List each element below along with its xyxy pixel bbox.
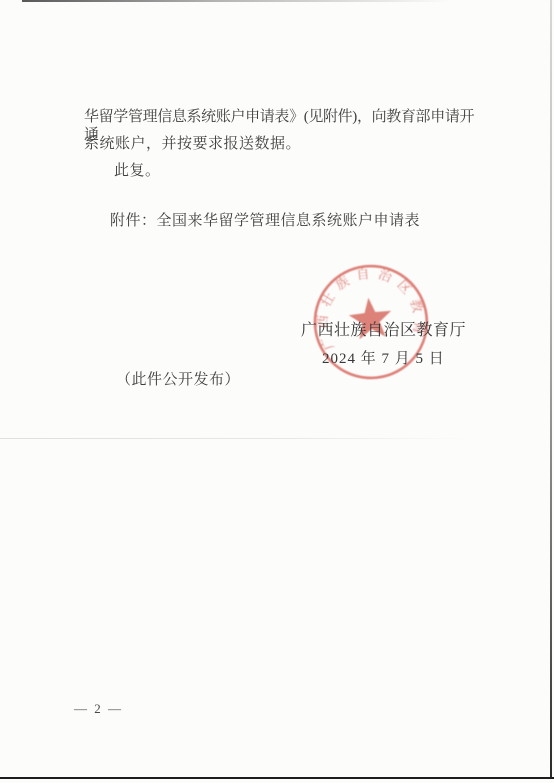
public-release-note: （此件公开发布）: [116, 371, 240, 389]
body-line-closing: 此复。: [114, 162, 161, 180]
attachment-line: 附件：全国来华留学管理信息系统账户申请表: [110, 212, 420, 230]
body-line: 系统账户，并按要求报送数据。: [84, 135, 301, 153]
scan-artifact-bottom-line: [0, 777, 554, 779]
issuer-signature: 广西壮族自治区教育厅: [301, 322, 466, 340]
issue-date: 2024 年 7 月 5 日: [322, 350, 445, 368]
scan-artifact-top-line: [22, 0, 452, 2]
scan-artifact-right-line: [550, 0, 552, 779]
page-number: — 2 —: [74, 700, 123, 718]
scan-artifact-fold-line: [0, 438, 470, 439]
scanned-letter-page: 广西壮族自治区教育厅 华留学管理信息系统账户申请表》(见附件)，向教育部申请开通…: [0, 0, 554, 783]
